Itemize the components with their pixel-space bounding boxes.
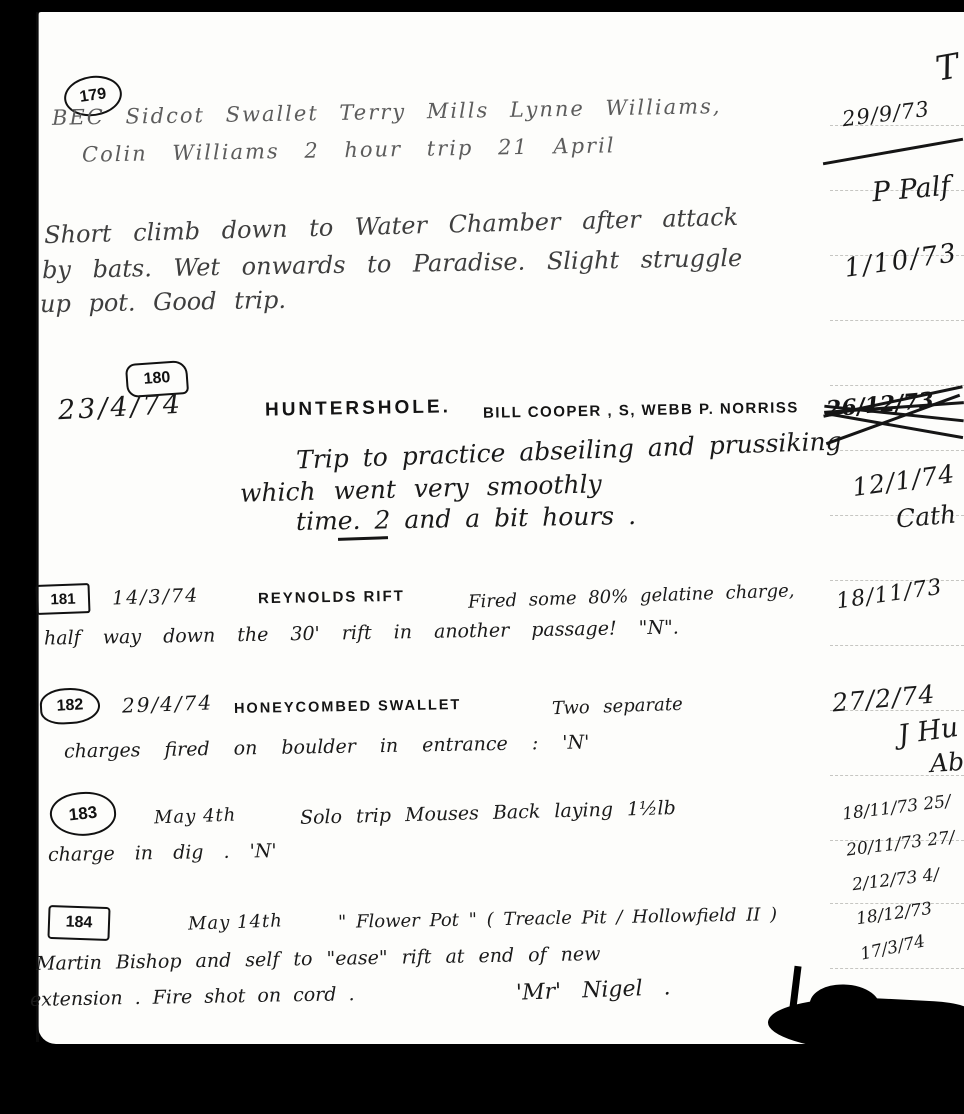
ruled-line xyxy=(830,320,964,321)
right-page-name: Cath xyxy=(895,499,957,533)
entry-number-badge-184: 184 xyxy=(47,905,110,941)
entry-182-date: 29/4/74 xyxy=(122,690,214,717)
entry-number: 181 xyxy=(50,590,76,608)
scanned-logbook-page: 179 BEC Sidcot Swallet Terry Mills Lynne… xyxy=(0,0,964,1114)
entry-181-cave-name: REYNOLDS RIFT xyxy=(258,588,405,608)
entry-number: 182 xyxy=(56,696,84,715)
ruled-line xyxy=(830,645,964,646)
scribbled-out-date: 26/12/73 xyxy=(826,392,964,446)
entry-180-cave-name: HUNTERSHOLE. xyxy=(265,396,451,421)
entry-183-body-line-2: charge in dig . 'N' xyxy=(48,840,277,866)
page-left-edge xyxy=(36,12,39,1042)
entry-183-date: May 4th xyxy=(154,805,237,829)
entry-number: 184 xyxy=(65,914,92,933)
ruled-line xyxy=(830,385,964,386)
entry-number: 180 xyxy=(143,369,171,389)
entry-number-badge-181: 181 xyxy=(35,583,90,615)
entry-179-body-line-3: up pot. Good trip. xyxy=(40,286,286,318)
ruled-line xyxy=(830,968,964,969)
entry-number: 179 xyxy=(79,85,108,107)
ruled-line xyxy=(830,450,964,451)
entry-181-date: 14/3/74 xyxy=(112,584,200,609)
right-page-name: Ab xyxy=(929,747,964,778)
entry-number: 183 xyxy=(68,803,98,826)
scan-black-border xyxy=(0,1044,964,1114)
entry-180-date: 23/4/74 xyxy=(57,389,184,427)
entry-180-body-line-3: time. 2 and a bit hours . xyxy=(296,501,636,536)
entry-184-date: May 14th xyxy=(188,910,283,934)
